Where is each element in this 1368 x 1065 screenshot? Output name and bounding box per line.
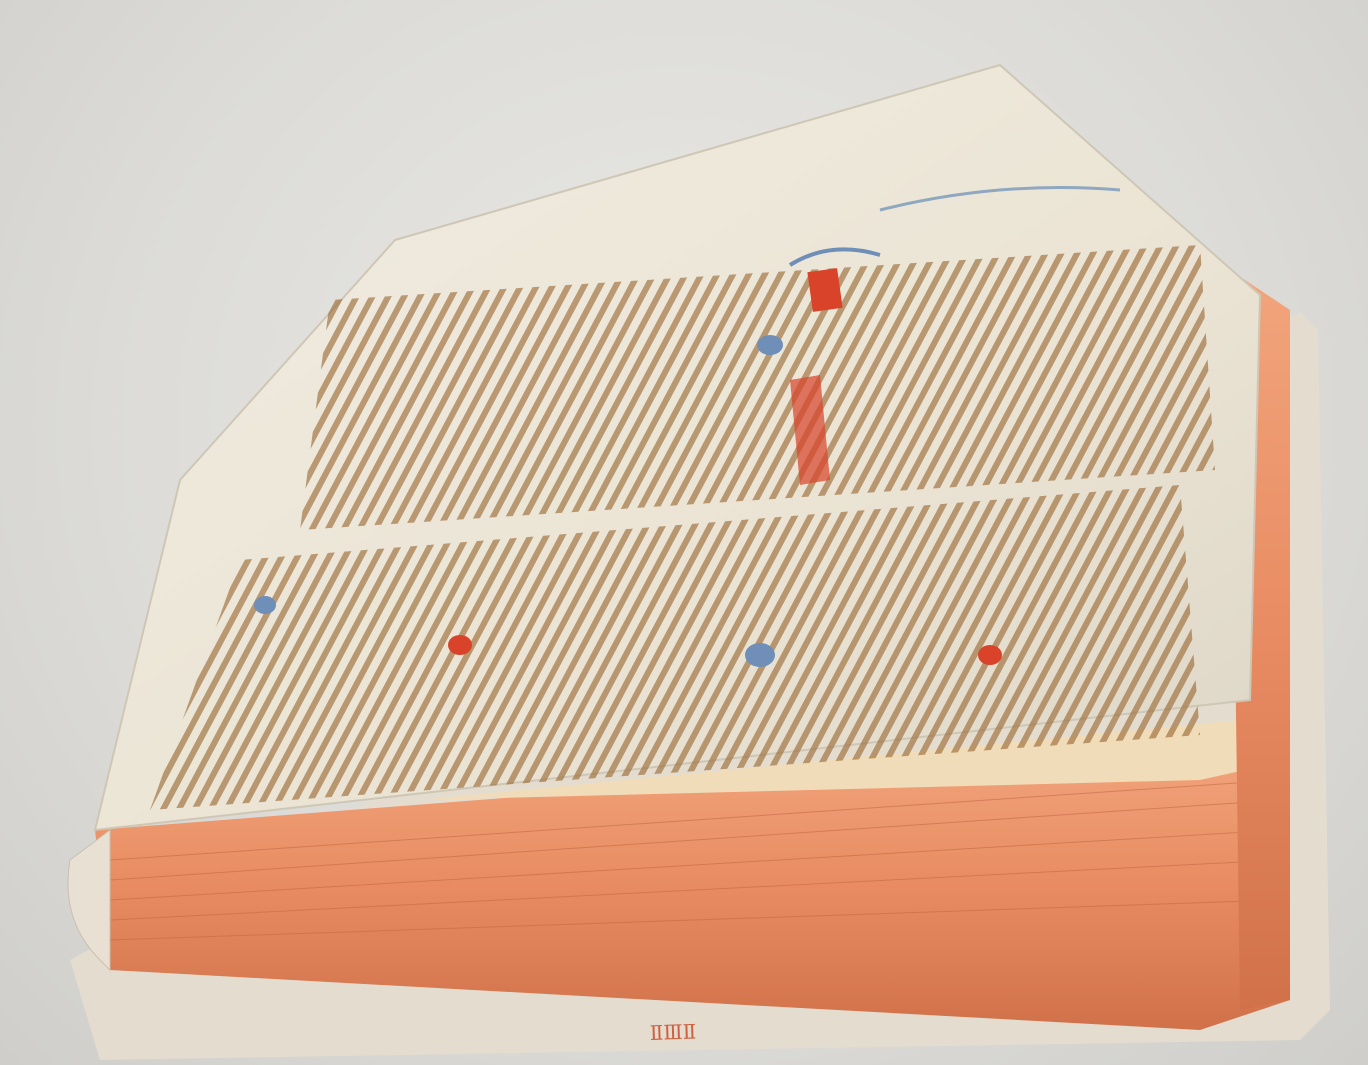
photo-scene: ⅡⅢⅡ xyxy=(0,0,1368,1065)
spine-label: ⅡⅢⅡ xyxy=(649,1019,696,1045)
book-illustration: ⅡⅢⅡ xyxy=(0,0,1368,1065)
red-initial xyxy=(807,268,842,312)
image-subject: Book bound in a reused medieval manuscri… xyxy=(12,1045,253,1057)
